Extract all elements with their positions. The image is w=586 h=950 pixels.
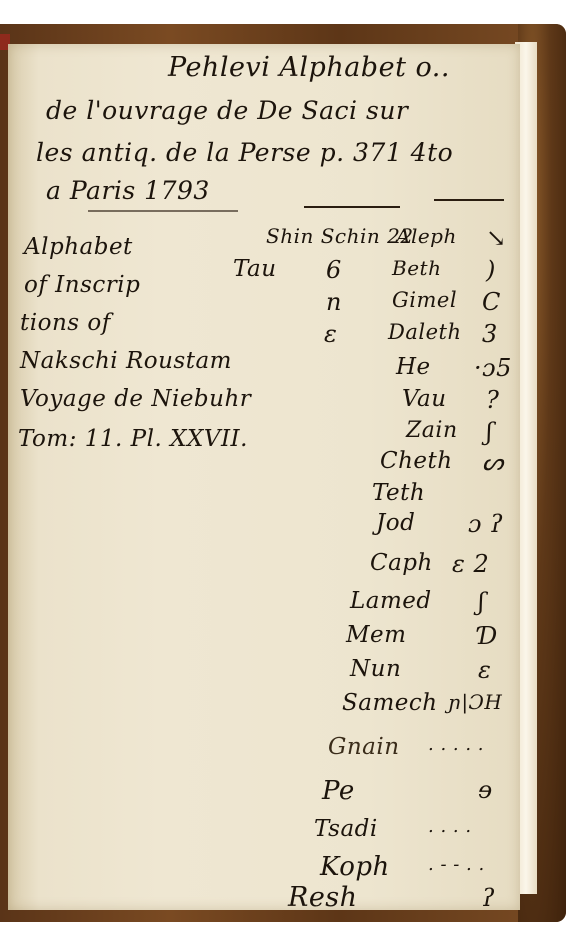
alphabet-name: Jod — [376, 510, 415, 536]
alphabet-name: Mem — [346, 622, 406, 648]
alphabet-name: Samech — [342, 690, 438, 716]
tau-label: Tau — [233, 256, 277, 282]
alphabet-name: Resh — [288, 882, 358, 913]
alphabet-name: Koph — [320, 852, 390, 882]
alphabet-glyph: . . . . — [428, 816, 472, 837]
alphabet-name: Tsadi — [314, 816, 378, 842]
alphabet-glyph: ) — [486, 256, 496, 284]
alphabet-glyph: ʃ — [478, 588, 485, 616]
shin-label: Shin Schin 22 — [266, 224, 414, 248]
left-note-line-4: Nakschi Roustam — [20, 348, 232, 374]
left-note-line-2: of Inscrip — [24, 272, 140, 298]
left-note-line-1: Alphabet — [24, 234, 133, 260]
alphabet-name: Gnain — [328, 734, 400, 760]
alphabet-name: Cheth — [380, 448, 453, 474]
alphabet-name: Daleth — [388, 320, 461, 344]
alphabet-name: Vau — [402, 386, 447, 412]
alphabet-glyph: ɘ — [478, 776, 493, 804]
alphabet-name: Beth — [392, 256, 441, 280]
tau-glyph-3: ε — [324, 320, 337, 348]
alphabet-glyph: ↘ — [486, 224, 507, 252]
left-note-line-6: Tom: 11. Pl. XXVII. — [18, 426, 248, 452]
manuscript-page: Pehlevi Alphabet o.. de l'ouvrage de De … — [8, 44, 520, 910]
alphabet-glyph: . . . . . — [428, 734, 484, 755]
alphabet-name: Pe — [322, 776, 355, 806]
alphabet-name: Aleph — [396, 224, 457, 248]
alphabet-glyph: ᔕ — [482, 448, 504, 476]
alphabet-glyph: 3 — [482, 320, 498, 348]
divider-rule-2 — [304, 206, 400, 208]
alphabet-glyph: ε 2 — [452, 550, 489, 578]
header-line-3: les antiq. de la Perse p. 371 4to — [36, 138, 453, 167]
alphabet-name: Lamed — [350, 588, 432, 614]
alphabet-glyph: Ɗ — [478, 622, 498, 650]
tau-glyph-1: 6 — [326, 256, 342, 284]
left-note-line-3: tions of — [20, 310, 111, 336]
left-note-line-5: Voyage de Niebuhr — [20, 386, 251, 412]
divider-rule-3 — [434, 199, 504, 201]
alphabet-glyph: ɲ|ƆH — [448, 690, 502, 714]
alphabet-glyph: ? — [486, 386, 499, 414]
alphabet-glyph: . - - . . — [428, 854, 485, 875]
header-line-1: Pehlevi Alphabet o.. — [168, 52, 450, 83]
alphabet-glyph: ʃ — [486, 418, 493, 446]
alphabet-glyph: C — [482, 288, 501, 316]
alphabet-name: Zain — [406, 418, 458, 443]
alphabet-glyph: ɔ ʔ — [468, 510, 503, 538]
alphabet-name: Nun — [350, 656, 401, 682]
tau-glyph-2: n — [326, 288, 342, 316]
alphabet-name: He — [396, 354, 431, 380]
header-line-4: a Paris 1793 — [46, 176, 210, 205]
header-line-2: de l'ouvrage de De Saci sur — [46, 96, 408, 125]
alphabet-name: Gimel — [392, 288, 457, 312]
alphabet-glyph: ε — [478, 656, 491, 684]
alphabet-name: Teth — [372, 480, 425, 506]
alphabet-name: Caph — [370, 550, 433, 576]
alphabet-glyph: ·ɔ5 — [474, 354, 512, 382]
divider-rule-1 — [88, 210, 238, 212]
alphabet-glyph: ʔ — [482, 884, 495, 912]
